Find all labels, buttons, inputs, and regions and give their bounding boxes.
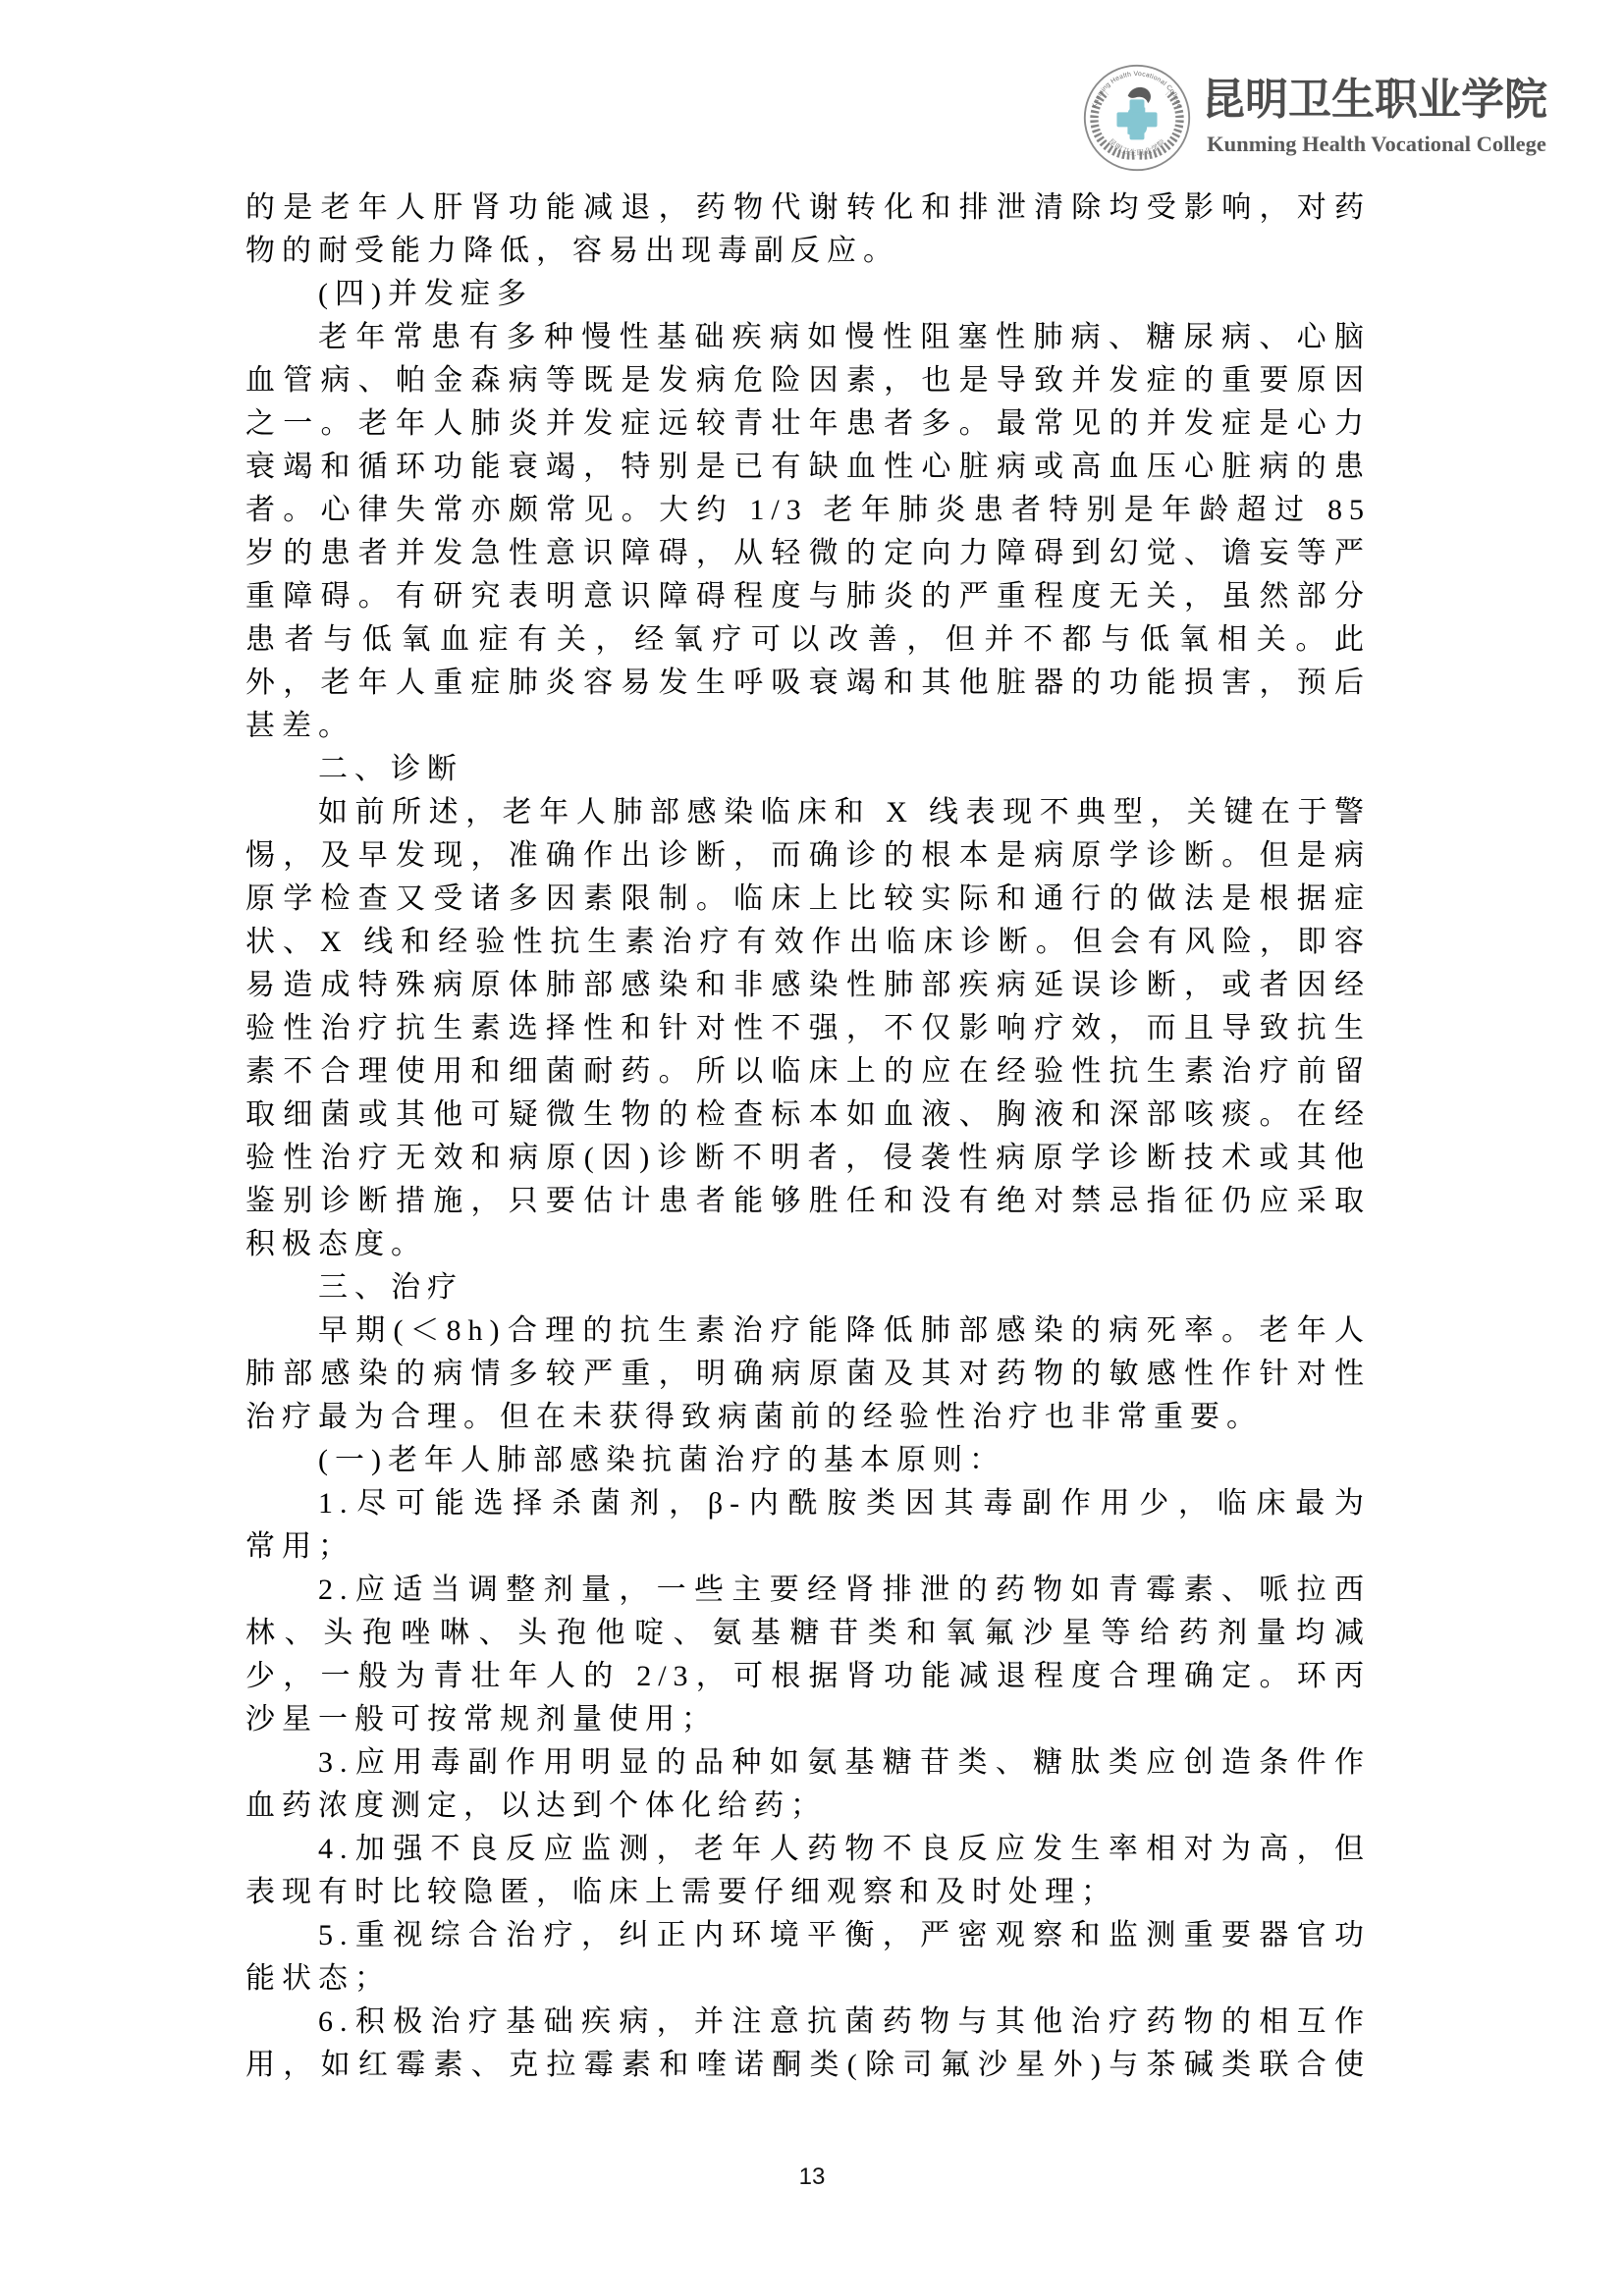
text-line: 如前所述，老年人肺部感染临床和 X 线表现不典型，关键在于警 [245, 791, 1371, 834]
document-text-block: 的是老年人肝肾功能减退，药物代谢转化和排泄清除均受影响，对药物的耐受能力降低，容… [245, 187, 1371, 2087]
text-line: 的是老年人肝肾功能减退，药物代谢转化和排泄清除均受影响，对药 [245, 187, 1371, 230]
text-line: 者。心律失常亦颇常见。大约 1/3 老年肺炎患者特别是年龄超过 85 [245, 489, 1371, 532]
college-name-calligraphy: 昆明卫生职业学院 [1202, 73, 1551, 128]
document-page: S Kunming Health Vocational College 昆明卫生… [0, 0, 1624, 2296]
text-line: 甚差。 [245, 705, 1371, 748]
text-line: 素不合理使用和细菌耐药。所以临床上的应在经验性抗生素治疗前留 [245, 1050, 1371, 1094]
text-line: 物的耐受能力降低，容易出现毒副反应。 [245, 230, 1371, 273]
college-name-english: Kunming Health Vocational College [1190, 130, 1563, 159]
text-line: (一)老年人肺部感染抗菌治疗的基本原则： [245, 1439, 1371, 1482]
text-line: 血药浓度测定，以达到个体化给药； [245, 1785, 1371, 1828]
text-line: 二、诊断 [245, 748, 1371, 791]
text-line: 少，一般为青壮年人的 2/3，可根据肾功能减退程度合理确定。环丙 [245, 1655, 1371, 1698]
text-line: 原学检查又受诸多因素限制。临床上比较实际和通行的做法是根据症 [245, 878, 1371, 921]
text-line: 之一。老年人肺炎并发症远较青壮年患者多。最常见的并发症是心力 [245, 402, 1371, 446]
text-line: 验性治疗抗生素选择性和针对性不强，不仅影响疗效，而且导致抗生 [245, 1007, 1371, 1050]
text-line: 能状态； [245, 1957, 1371, 2001]
text-line: 患者与低氧血症有关，经氧疗可以改善，但并不都与低氧相关。此 [245, 618, 1371, 662]
text-line: 取细菌或其他可疑微生物的检查标本如血液、胸液和深部咳痰。在经 [245, 1094, 1371, 1137]
text-line: 外，老年人重症肺炎容易发生呼吸衰竭和其他脏器的功能损害，预后 [245, 662, 1371, 705]
text-line: 易造成特殊病原体肺部感染和非感染性肺部疾病延误诊断，或者因经 [245, 964, 1371, 1007]
text-line: 6.积极治疗基础疾病，并注意抗菌药物与其他治疗药物的相互作 [245, 2001, 1371, 2044]
text-line: 惕，及早发现，准确作出诊断，而确诊的根本是病原学诊断。但是病 [245, 834, 1371, 878]
text-line: 表现有时比较隐匿，临床上需要仔细观察和及时处理； [245, 1871, 1371, 1914]
college-seal-logo: S Kunming Health Vocational College 昆明卫生… [1082, 63, 1192, 173]
text-line: 衰竭和循环功能衰竭，特别是已有缺血性心脏病或高血压心脏病的患 [245, 446, 1371, 489]
snake-s-icon: S [1125, 99, 1149, 145]
text-line: 4.加强不良反应监测，老年人药物不良反应发生率相对为高，但 [245, 1828, 1371, 1871]
text-line: 常用； [245, 1525, 1371, 1569]
text-line: 重障碍。有研究表明意识障碍程度与肺炎的严重程度无关，虽然部分 [245, 575, 1371, 618]
text-line: 岁的患者并发急性意识障碍，从轻微的定向力障碍到幻觉、谵妄等严 [245, 532, 1371, 575]
text-line: 5.重视综合治疗，纠正内环境平衡，严密观察和监测重要器官功 [245, 1914, 1371, 1957]
text-line: 3.应用毒副作用明显的品种如氨基糖苷类、糖肽类应创造条件作 [245, 1741, 1371, 1785]
text-line: 老年常患有多种慢性基础疾病如慢性阻塞性肺病、糖尿病、心脑 [245, 316, 1371, 359]
text-line: 1.尽可能选择杀菌剂，β-内酰胺类因其毒副作用少，临床最为 [245, 1482, 1371, 1525]
text-line: 三、治疗 [245, 1266, 1371, 1309]
text-line: 林、头孢唑啉、头孢他啶、氨基糖苷类和氧氟沙星等给药剂量均减 [245, 1612, 1371, 1655]
text-line: 血管病、帕金森病等既是发病危险因素，也是导致并发症的重要原因 [245, 359, 1371, 402]
text-line: 用，如红霉素、克拉霉素和喹诺酮类(除司氟沙星外)与茶碱类联合使 [245, 2044, 1371, 2087]
text-line: (四)并发症多 [245, 273, 1371, 316]
text-line: 沙星一般可按常规剂量使用； [245, 1698, 1371, 1741]
text-line: 验性治疗无效和病原(因)诊断不明者，侵袭性病原学诊断技术或其他 [245, 1137, 1371, 1180]
text-line: 肺部感染的病情多较严重，明确病原菌及其对药物的敏感性作针对性 [245, 1353, 1371, 1396]
text-line: 早期(＜8h)合理的抗生素治疗能降低肺部感染的病死率。老年人 [245, 1309, 1371, 1353]
text-line: 积极态度。 [245, 1223, 1371, 1266]
page-number: 13 [0, 2163, 1624, 2192]
text-line: 治疗最为合理。但在未获得致病菌前的经验性治疗也非常重要。 [245, 1396, 1371, 1439]
text-line: 鉴别诊断措施，只要估计患者能够胜任和没有绝对禁忌指征仍应采取 [245, 1180, 1371, 1223]
text-line: 2.应适当调整剂量，一些主要经肾排泄的药物如青霉素、哌拉西 [245, 1569, 1371, 1612]
text-line: 状、X 线和经验性抗生素治疗有效作出临床诊断。但会有风险，即容 [245, 921, 1371, 964]
